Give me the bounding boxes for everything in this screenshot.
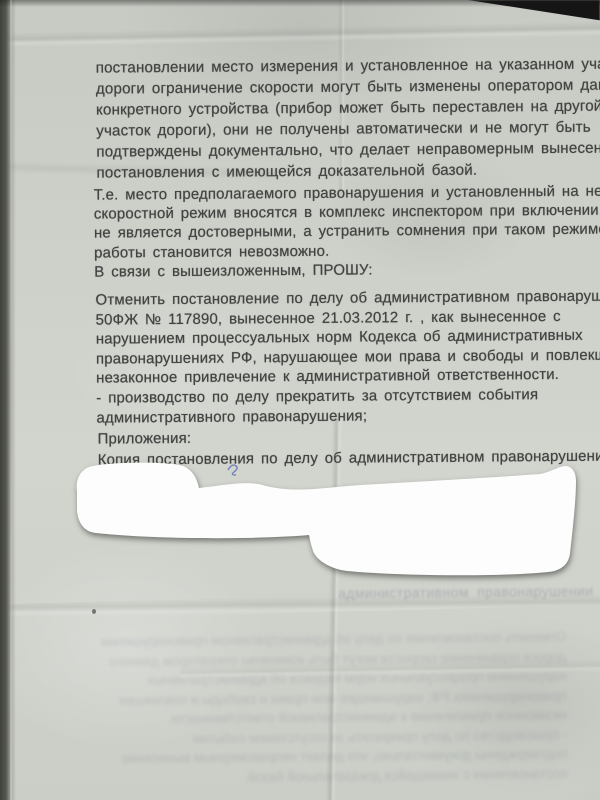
text-line: постановления с имеющейся доказательной … (96, 159, 600, 184)
text-line: административного правонарушения; (96, 404, 600, 428)
document-text: постановлении место измерения и установл… (0, 0, 600, 800)
paper-speck (92, 609, 96, 614)
paragraph-conclusion: Т.е. место предполагаемого правонарушени… (94, 182, 600, 282)
text-line: не является достоверными, а устранить со… (94, 220, 600, 243)
attachments-list: Копия постановления по делу об администр… (98, 446, 600, 471)
paragraph-measurement-argument: постановлении место измерения и установл… (96, 54, 600, 184)
background-left-edge (0, 0, 16, 800)
text-line: В связи с вышеизложенным, ПРОШУ: (94, 258, 600, 281)
text-line: подтверждены документально, что делает н… (96, 138, 600, 163)
photo-of-document: Отменить постановление по делу об админи… (0, 0, 600, 800)
text-line: - производство по делу прекратить за отс… (96, 384, 600, 408)
text-line: Копия постановления по делу об администр… (98, 446, 600, 471)
paragraph-request: Отменить постановление по делу об админи… (95, 286, 600, 427)
paper-left-edge-highlight (10, 0, 12, 800)
attachments-section: Приложения: Копия постановления по делу … (98, 426, 600, 471)
